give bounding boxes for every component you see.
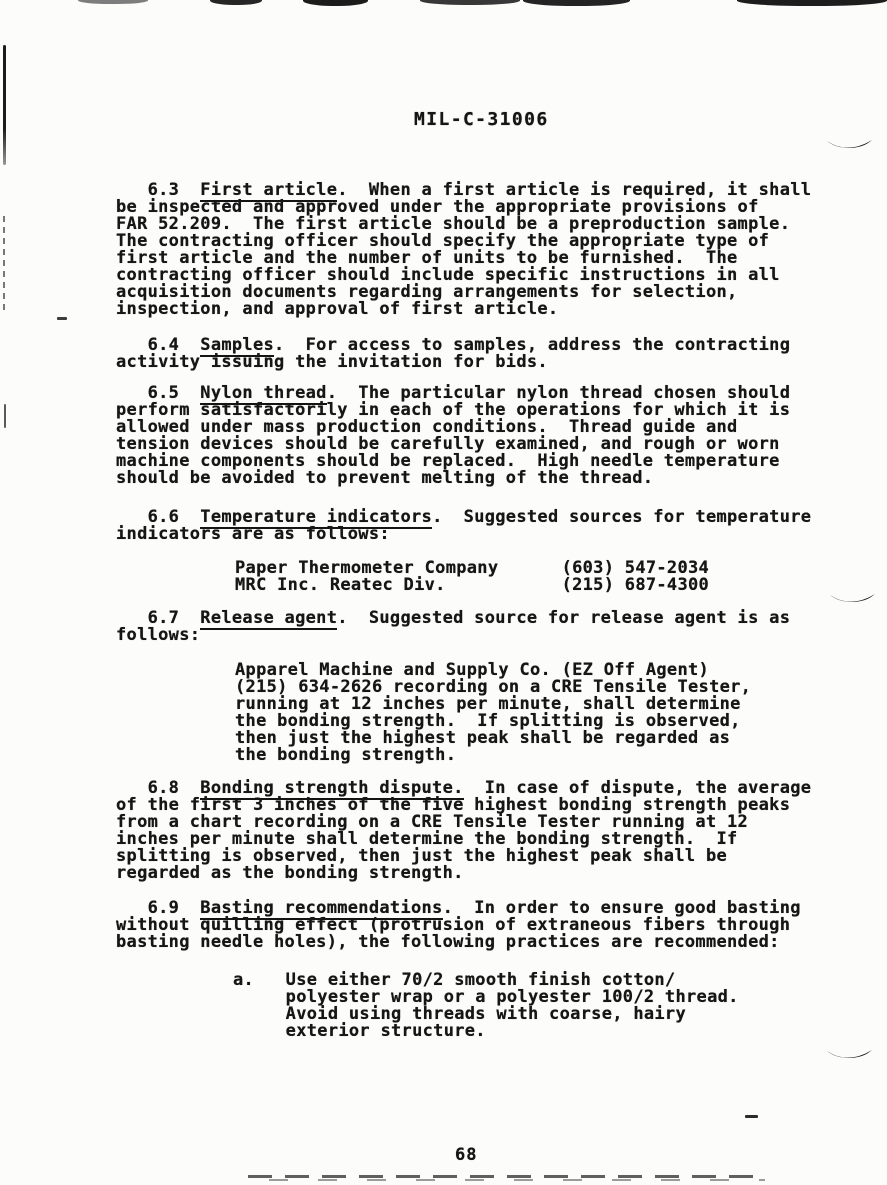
paragraph-6-9-basting-recommendations: 6.9 Basting recommendations. In order to…	[116, 900, 801, 951]
doc-text-run: follows:	[116, 625, 200, 645]
doc-text-run: MRC Inc. Reatec Div. (215) 687-4300	[235, 575, 709, 595]
scan-artifact-dash	[745, 1115, 758, 1118]
scan-artifact-left-edge-line	[4, 404, 6, 428]
paragraph-6-5-nylon-thread: 6.5 Nylon thread. The particular nylon t…	[116, 385, 790, 487]
scan-artifact-left-edge-line	[3, 45, 6, 165]
scan-artifact-dash	[57, 317, 67, 320]
doc-line: regarded as the bonding strength.	[116, 865, 811, 882]
scan-artifact-bottom-cutoff-text	[248, 1175, 765, 1181]
scan-artifact-top-streak	[737, 0, 887, 6]
page-curl-mark-icon	[826, 134, 874, 154]
doc-text-run: activity issuing the invitation for bids…	[116, 352, 548, 372]
scan-artifact-left-edge-line	[3, 216, 5, 310]
doc-line: the bonding strength.	[235, 747, 751, 764]
doc-line: inspection, and approval of first articl…	[116, 301, 811, 318]
scan-artifact-top-streak	[523, 0, 630, 6]
paragraph-6-6-temperature-indicators: 6.6 Temperature indicators. Suggested so…	[116, 509, 811, 543]
underlined-heading-text: Release agent	[200, 608, 337, 630]
doc-line: activity issuing the invitation for bids…	[116, 354, 790, 371]
paragraph-6-4-samples: 6.4 Samples. For access to samples, addr…	[116, 337, 790, 371]
doc-text-run: exterior structure.	[233, 1021, 486, 1041]
scan-artifact-top-streak	[78, 0, 148, 4]
paragraph-6-3-first-article: 6.3 First article. When a first article …	[116, 182, 811, 318]
doc-line: indicators are as follows:	[116, 526, 811, 543]
supplier-block-release-agent: Apparel Machine and Supply Co. (EZ Off A…	[235, 662, 751, 764]
doc-line: 6.7 Release agent. Suggested source for …	[116, 610, 790, 627]
doc-line: should be avoided to prevent melting of …	[116, 470, 790, 487]
list-item-a: a. Use either 70/2 smooth finish cotton/…	[233, 972, 739, 1040]
doc-text-run: . Suggested sources for temperature	[432, 507, 811, 527]
doc-text-run: . Suggested source for release agent is …	[337, 608, 790, 628]
doc-line: MRC Inc. Reatec Div. (215) 687-4300	[235, 577, 709, 594]
supplier-list-temperature-indicators: Paper Thermometer Company (603) 547-2034…	[235, 560, 709, 594]
scan-artifact-top-streak	[210, 0, 262, 5]
document-number-header: MIL-C-31006	[414, 109, 549, 130]
doc-line: exterior structure.	[233, 1023, 739, 1040]
paragraph-6-7-release-agent: 6.7 Release agent. Suggested source for …	[116, 610, 790, 644]
page-curl-mark-icon	[829, 588, 877, 608]
doc-text-run: basting needle holes), the following pra…	[116, 932, 780, 952]
doc-text-run: regarded as the bonding strength.	[116, 863, 464, 883]
page-number: 68	[455, 1145, 477, 1165]
doc-text-run: should be avoided to prevent melting of …	[116, 468, 653, 488]
doc-text-run: the bonding strength.	[235, 745, 456, 765]
paragraph-6-8-bonding-strength-dispute: 6.8 Bonding strength dispute. In case of…	[116, 780, 811, 882]
document-page: MIL-C-31006 6.3 First article. When a fi…	[0, 0, 887, 1185]
doc-line: basting needle holes), the following pra…	[116, 934, 801, 951]
page-curl-mark-icon	[826, 1044, 874, 1064]
scan-artifact-top-streak	[303, 0, 368, 6]
doc-text-run: inspection, and approval of first articl…	[116, 299, 558, 319]
scan-artifact-top-streak	[420, 0, 520, 5]
doc-text-run: indicators are as follows:	[116, 524, 390, 544]
